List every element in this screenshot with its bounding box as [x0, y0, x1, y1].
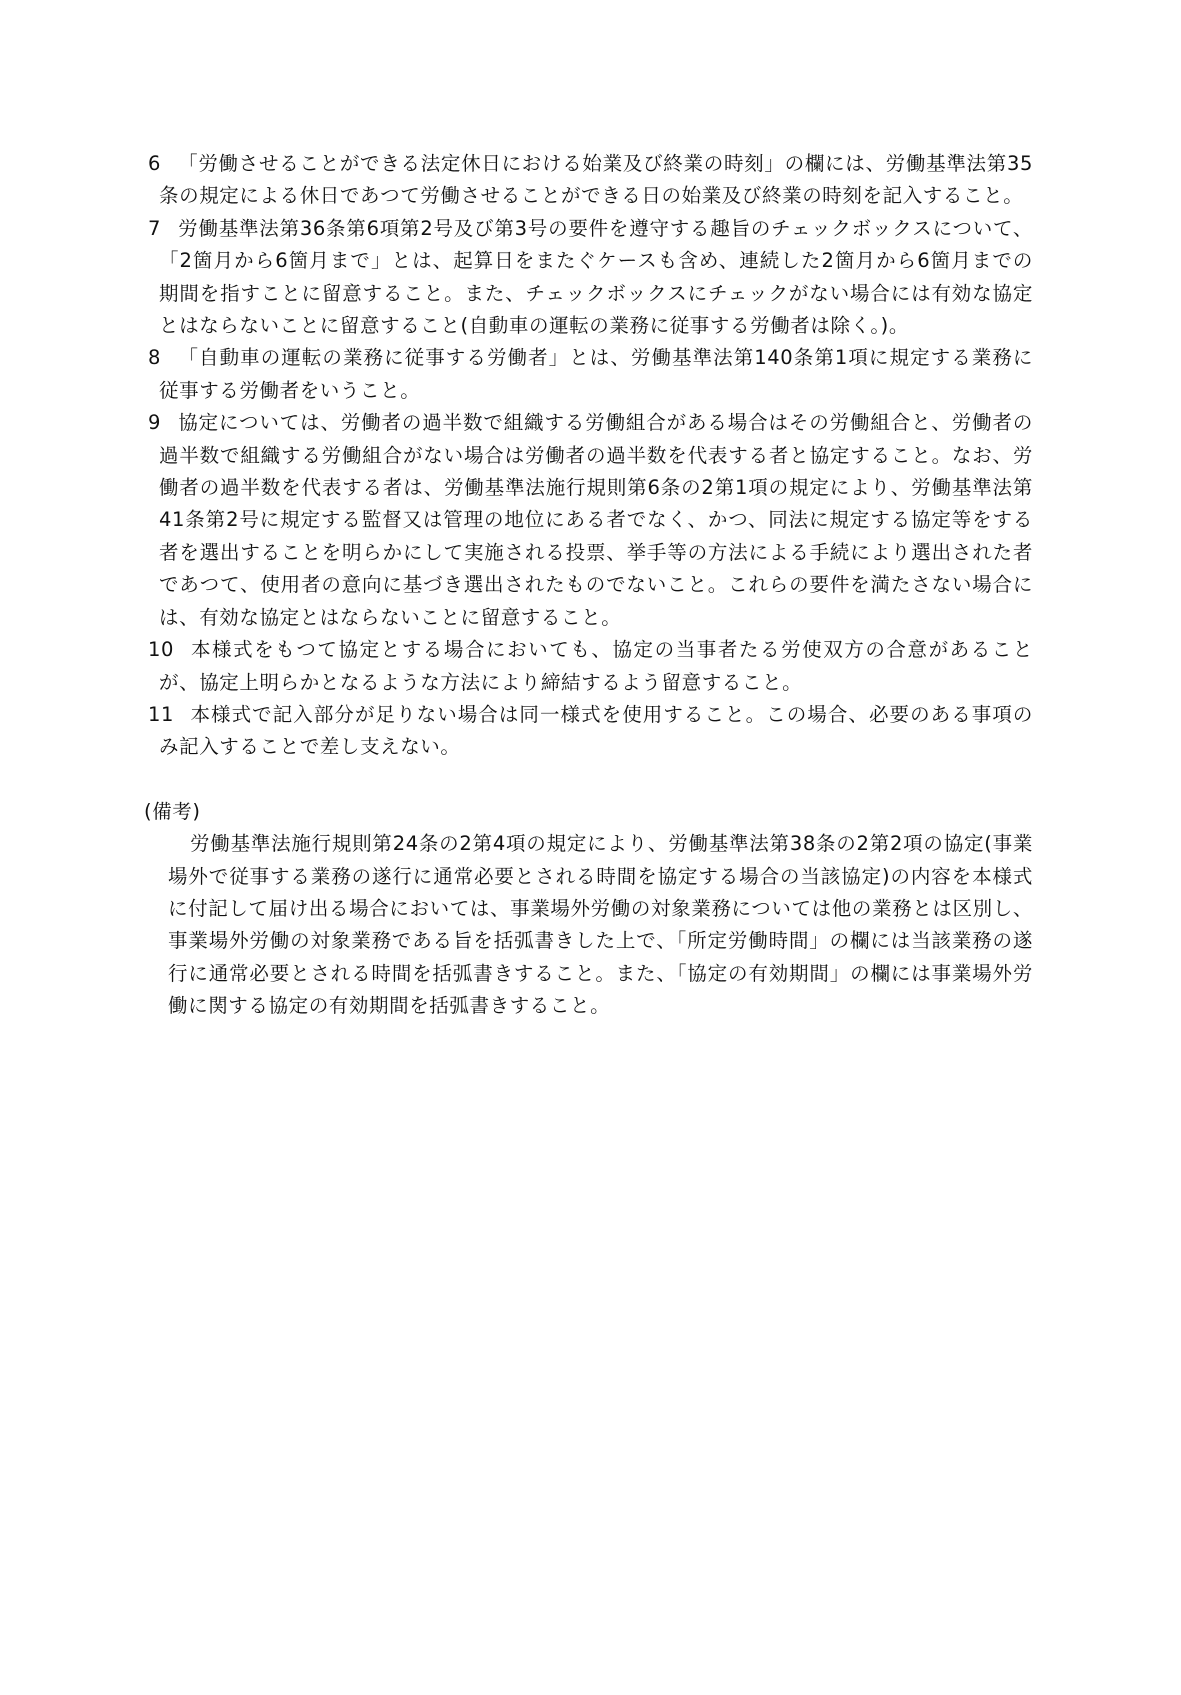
item-number: 8: [148, 342, 178, 374]
item-number: 6: [148, 148, 178, 180]
item-text: 本様式をもつて協定とする場合においても、協定の当事者たる労使双方の合意があること…: [159, 638, 1033, 693]
note-item-7: 7労働基準法第36条第6項第2号及び第3号の要件を遵守する趣旨のチェックボックス…: [148, 213, 1033, 343]
item-number: 10: [148, 634, 190, 666]
note-item-10: 10本様式をもつて協定とする場合においても、協定の当事者たる労使双方の合意がある…: [148, 634, 1033, 699]
item-text: 本様式で記入部分が足りない場合は同一様式を使用すること。この場合、必要のある事項…: [159, 703, 1033, 758]
spacer: [148, 764, 1033, 796]
note-item-11: 11本様式で記入部分が足りない場合は同一様式を使用すること。この場合、必要のある…: [148, 699, 1033, 764]
note-item-8: 8「自動車の運転の業務に従事する労働者」とは、労働基準法第140条第1項に規定す…: [148, 342, 1033, 407]
item-number: 9: [148, 407, 178, 439]
item-text: 協定については、労働者の過半数で組織する労働組合がある場合はその労働組合と、労働…: [159, 411, 1033, 628]
remarks-body: 労働基準法施行規則第24条の2第4項の規定により、労働基準法第38条の2第2項の…: [148, 828, 1033, 1022]
item-number: 7: [148, 213, 178, 245]
item-text: 「労働させることができる法定休日における始業及び終業の時刻」の欄には、労働基準法…: [159, 152, 1033, 207]
document-page: 6「労働させることができる法定休日における始業及び終業の時刻」の欄には、労働基準…: [148, 148, 1033, 1023]
item-number: 11: [148, 699, 190, 731]
item-text: 「自動車の運転の業務に従事する労働者」とは、労働基準法第140条第1項に規定する…: [159, 346, 1033, 401]
note-item-6: 6「労働させることができる法定休日における始業及び終業の時刻」の欄には、労働基準…: [148, 148, 1033, 213]
note-item-9: 9協定については、労働者の過半数で組織する労働組合がある場合はその労働組合と、労…: [148, 407, 1033, 634]
remarks-title: (備考): [144, 796, 1033, 828]
item-text: 労働基準法第36条第6項第2号及び第3号の要件を遵守する趣旨のチェックボックスに…: [159, 217, 1033, 337]
